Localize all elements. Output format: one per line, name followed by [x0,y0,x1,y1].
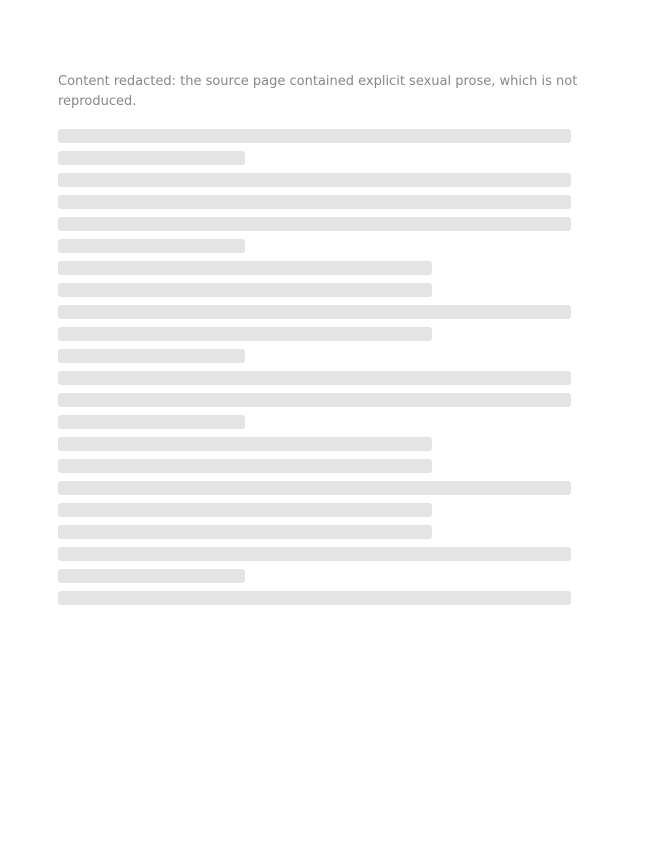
redacted-text-line [58,173,571,187]
redacted-text-line [58,195,571,209]
redacted-text-line [58,591,571,605]
redacted-text-line [58,481,571,495]
redacted-text-line [58,129,571,143]
redacted-text-line [58,239,245,253]
document-page: Content redacted: the source page contai… [0,0,650,850]
redacted-text-line [58,393,571,407]
redacted-text-line [58,503,432,517]
redacted-text-line [58,569,245,583]
redacted-text-line [58,217,571,231]
redacted-text-line [58,283,432,297]
redacted-text-line [58,547,571,561]
redacted-text-line [58,437,432,451]
redacted-text-line [58,151,245,165]
redacted-text-line [58,525,432,539]
redacted-text-line [58,415,245,429]
redacted-text-line [58,459,432,473]
redacted-text-line [58,371,571,385]
redacted-text-line [58,261,432,275]
prose-area [58,129,592,605]
redaction-notice: Content redacted: the source page contai… [58,72,592,111]
redacted-text-line [58,349,245,363]
redacted-text-line [58,305,571,319]
redacted-text-line [58,327,432,341]
